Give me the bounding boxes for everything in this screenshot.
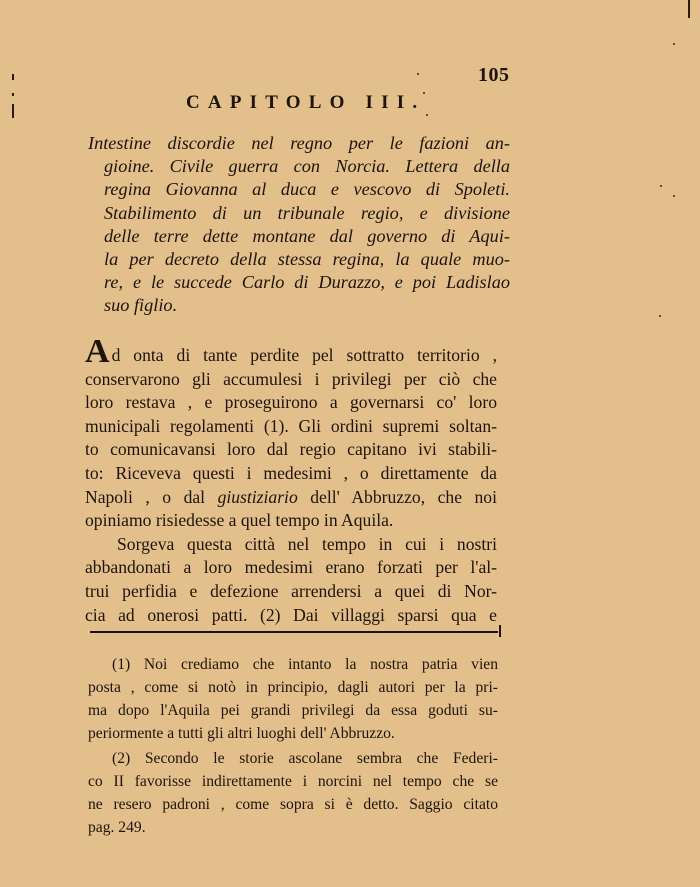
scan-speck <box>673 43 675 45</box>
scan-speck <box>426 114 428 116</box>
body-line: cia ad onerosi patti. (2) Dai villaggi s… <box>85 604 497 628</box>
footnote-rule-tick <box>499 625 501 637</box>
body-line: trui perfidia e defezione arrendersi a q… <box>85 580 497 604</box>
scan-speck <box>660 185 662 187</box>
footnote-line: ma dopo l'Aquila pei grandi privilegi da… <box>88 699 498 722</box>
drop-cap: A <box>85 333 110 370</box>
body-line: conservarono gli accumulesi i privilegi … <box>85 368 497 392</box>
summary-line: re, e le succede Carlo di Durazzo, e poi… <box>104 271 510 294</box>
footnote-rule <box>90 631 498 633</box>
summary-line: la per decreto della stessa regina, la q… <box>104 248 510 271</box>
summary-line: Stabilimento di un tribunale regio, e di… <box>104 202 510 225</box>
footnotes: (1) Noi crediamo che intanto la nostra p… <box>88 653 498 839</box>
scan-speck <box>659 315 661 317</box>
body-line: municipali regolamenti (1). Gli ordini s… <box>85 415 497 439</box>
summary-line: regina Giovanna al duca e vescovo di Spo… <box>104 178 510 201</box>
margin-mark <box>12 104 14 118</box>
footnote-line: ne resero padroni , come sopra si è dett… <box>88 793 498 816</box>
summary-line: delle terre dette montane dal governo di… <box>104 225 510 248</box>
body-line: Sorgeva questa città nel tempo in cui i … <box>85 533 497 557</box>
body-line-text: d onta di tante perdite pel sottratto te… <box>112 345 497 365</box>
margin-mark <box>12 74 14 80</box>
body-line-first: Ad onta di tante perdite pel sottratto t… <box>85 342 497 368</box>
margin-mark <box>12 93 14 96</box>
body-line: to comunicavansi loro dal regio capitano… <box>85 438 497 462</box>
footnote-line: (2) Secondo le storie ascolane sembra ch… <box>88 747 498 770</box>
footnote-line: pag. 249. <box>88 816 498 839</box>
body-line: to: Riceveva questi i medesimi , o diret… <box>85 462 497 486</box>
body-line: opiniamo risiedesse a quel tempo in Aqui… <box>85 509 497 533</box>
italic-term: giustiziario <box>218 487 298 507</box>
footnote-line: (1) Noi crediamo che intanto la nostra p… <box>88 653 498 676</box>
summary-line: Intestine discordie nel regno per le faz… <box>88 132 510 155</box>
footnote-line: co II favorisse indirettamente i norcini… <box>88 770 498 793</box>
body-line-text: Napoli , o dal <box>85 487 218 507</box>
scan-speck <box>423 92 425 94</box>
chapter-title: CAPITOLO III. <box>186 92 425 114</box>
body-line: loro restava , e proseguirono a governar… <box>85 391 497 415</box>
scan-speck <box>417 73 419 75</box>
chapter-summary: Intestine discordie nel regno per le faz… <box>88 132 510 318</box>
body-line-text: dell' Abbruzzo, che noi <box>298 487 497 507</box>
footnote-line: periormente a tutti gli altri luoghi del… <box>88 722 498 745</box>
scan-speck <box>673 195 675 197</box>
body-line: abbandonati a loro medesimi erano forzat… <box>85 556 497 580</box>
body-line-with-italic: Napoli , o dal giustiziario dell' Abbruz… <box>85 486 497 510</box>
body-text: Ad onta di tante perdite pel sottratto t… <box>85 342 497 627</box>
footnote-line: posta , come si notò in principio, dagli… <box>88 676 498 699</box>
margin-mark <box>688 0 690 18</box>
summary-line: gioine. Civile guerra con Norcia. Letter… <box>104 155 510 178</box>
summary-line: suo figlio. <box>104 294 510 317</box>
page-number: 105 <box>478 64 510 87</box>
